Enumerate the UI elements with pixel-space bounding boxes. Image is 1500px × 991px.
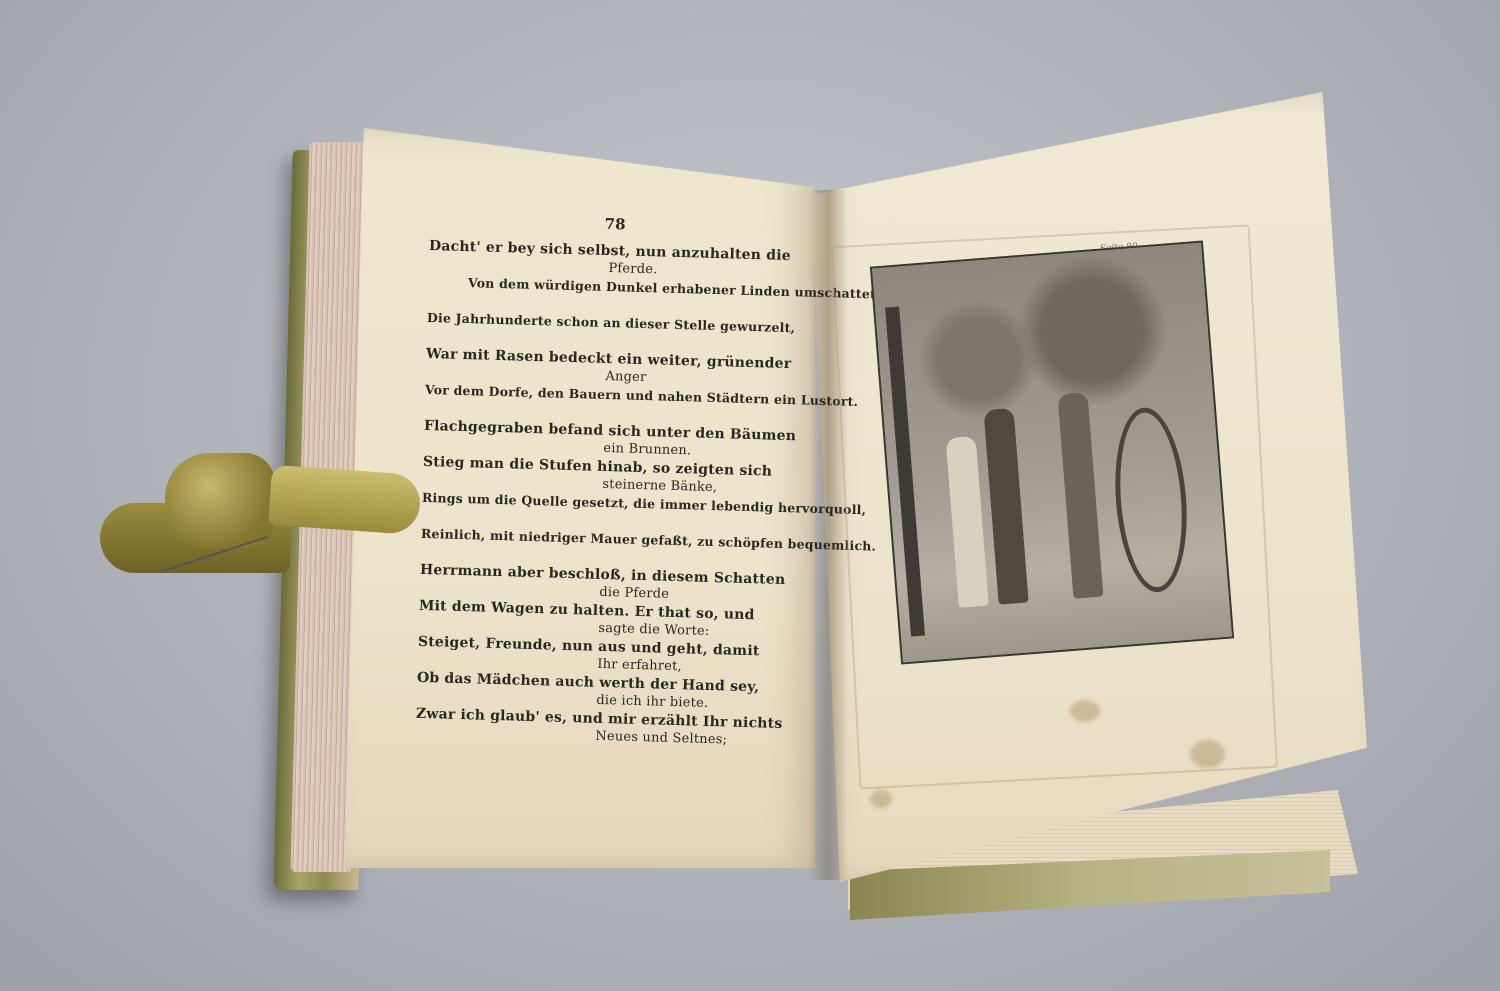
text-line-continuation: die ich ihr biete. xyxy=(596,693,708,711)
text-line-continuation: Anger xyxy=(605,369,646,385)
clip-hand xyxy=(268,465,422,535)
page-number: 78 xyxy=(604,215,625,234)
engraving-illustration xyxy=(870,241,1234,665)
carriage-wheel xyxy=(1109,405,1193,595)
brass-hand-clip xyxy=(100,448,420,578)
photo-scene: 78 Dacht' er bey sich selbst, nun anzuha… xyxy=(0,0,1500,991)
text-line-continuation: die Pferde xyxy=(599,585,669,602)
text-line-continuation: ein Brunnen. xyxy=(603,441,691,458)
figure-right xyxy=(1057,392,1103,599)
text-line-continuation: steinerne Bänke, xyxy=(602,477,717,495)
clip-cuff xyxy=(165,453,275,548)
foxing-stain xyxy=(1070,700,1100,722)
foxing-stain xyxy=(1190,740,1225,768)
figure-left xyxy=(946,436,989,608)
foxing-stain xyxy=(870,790,892,808)
text-line-continuation: sagte die Worte: xyxy=(598,621,710,639)
text-line-continuation: Pferde. xyxy=(608,261,657,277)
text-line-continuation: Ihr erfahret, xyxy=(597,657,682,674)
figure-center xyxy=(983,408,1028,605)
